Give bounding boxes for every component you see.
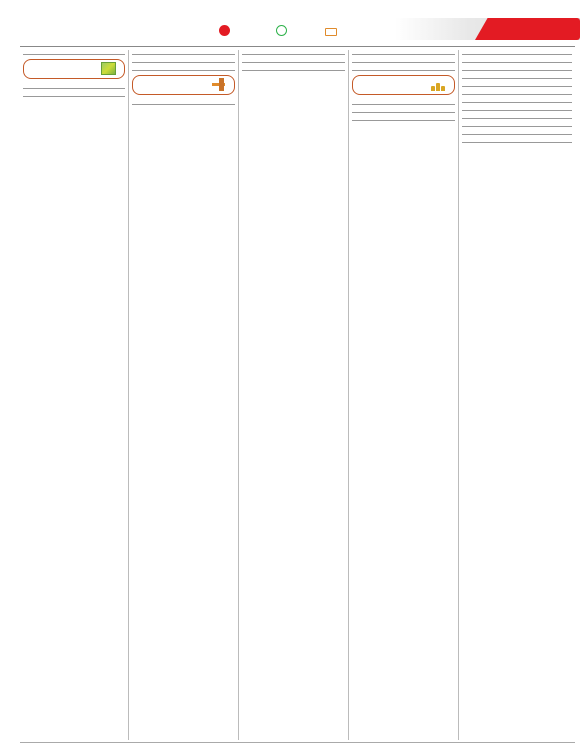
header-divider [20,46,575,47]
column-5 [458,50,575,740]
ad-divider [242,60,345,63]
ad-divider [462,132,572,135]
phone-icon [219,25,230,36]
section-header-mensuras [23,59,125,79]
ad-divider [462,124,572,127]
ad-divider [462,140,572,143]
gavel-icon [211,78,226,91]
section-header-sucesiones [352,75,455,95]
map-icon [101,62,116,75]
ad-divider [462,68,572,71]
ad-divider [462,92,572,95]
ad-divider [462,60,572,63]
ad-divider [462,52,572,55]
page-header [0,0,580,46]
section-header-remates [132,75,235,95]
ad-divider [23,94,125,97]
ad-divider [23,86,125,89]
email-contact [325,28,339,36]
column-1 [20,50,128,740]
ad-divider [462,76,572,79]
ad-divider [132,52,235,55]
ad-divider [352,68,455,71]
ad-divider [352,110,455,113]
whatsapp-contact [276,25,289,36]
ad-divider [352,102,455,105]
customer-service-contact [219,25,232,36]
column-4 [348,50,458,740]
footer-divider [20,742,575,743]
ad-divider [242,52,345,55]
classifieds-columns [20,50,575,740]
column-3 [238,50,348,740]
ad-divider [462,108,572,111]
ad-divider [462,100,572,103]
ad-divider [242,68,345,71]
ad-divider [132,102,235,105]
section-banner [475,18,580,40]
ad-divider [132,68,235,71]
email-icon [325,28,337,36]
column-2 [128,50,238,740]
ad-divider [352,118,455,121]
ad-divider [352,60,455,63]
ad-divider [462,84,572,87]
ad-divider [132,60,235,63]
family-icon [431,78,446,91]
ad-divider [23,52,125,55]
ad-divider [352,52,455,55]
ad-divider [462,116,572,119]
whatsapp-icon [276,25,287,36]
